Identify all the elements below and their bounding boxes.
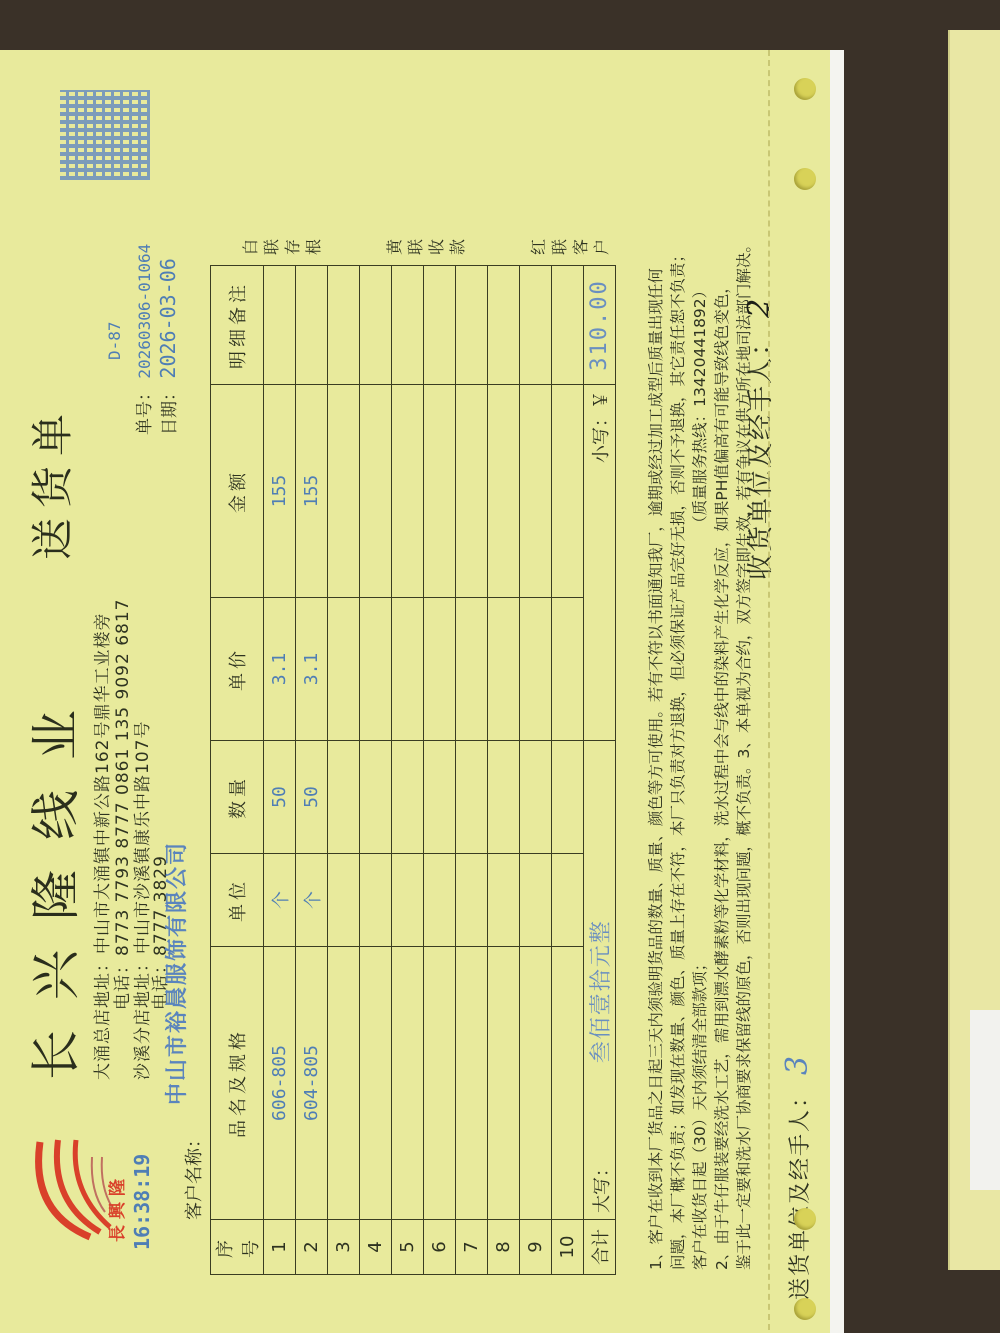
row-unit <box>360 854 392 947</box>
customer-company-stamp: 中山市裕晨服饰有限公司 <box>160 841 191 1105</box>
document-title: 送货单 <box>20 404 80 560</box>
row-amount <box>456 385 488 598</box>
row-name <box>520 947 552 1220</box>
logo-text: 長興隆 <box>103 1173 128 1242</box>
order-date: 日期： 2026-03-06 <box>155 258 180 435</box>
row-note <box>296 266 328 385</box>
copy-label-white: 白联存根 <box>240 237 324 255</box>
table-row: 7 <box>456 266 488 1275</box>
total-upper-value: 叁佰壹拾元整 <box>589 919 614 1063</box>
row-unit <box>392 854 424 947</box>
total-upper-cell: 大写： 叁佰壹拾元整 <box>584 741 616 1220</box>
total-label: 合计 <box>584 1220 616 1275</box>
col-header-no: 序号 <box>211 1220 264 1275</box>
feed-hole <box>794 78 816 100</box>
row-amount <box>328 385 360 598</box>
row-no: 3 <box>328 1220 360 1275</box>
copy-label-red: 红联客户 <box>528 237 612 255</box>
row-price <box>520 598 552 741</box>
table-row: 10 <box>552 266 584 1275</box>
row-unit: 个 <box>296 854 328 947</box>
delivery-note: 長興隆 16:38:19 长兴隆线业 送货单 大涌总店地址：中山市大涌镇中新公路… <box>0 50 830 1333</box>
row-note <box>520 266 552 385</box>
terms-line-1: 1、客户在收到本厂货品之日起三天内须验明货品的数量、质量、颜色等方可使用。若有不… <box>645 90 667 1270</box>
date-label: 日期： <box>160 384 180 435</box>
order-number-label: 单号： <box>135 384 155 435</box>
row-amount <box>360 385 392 598</box>
row-price: 3.1 <box>296 598 328 741</box>
row-price <box>392 598 424 741</box>
row-note <box>424 266 456 385</box>
row-note <box>488 266 520 385</box>
customer-name-label: 客户名称： <box>180 1130 206 1220</box>
row-no: 7 <box>456 1220 488 1275</box>
row-unit <box>456 854 488 947</box>
row-price <box>488 598 520 741</box>
quality-hotline: （质量服务热线：13420441892） <box>691 283 709 531</box>
row-qty <box>424 741 456 854</box>
items-table: 序号 品名及规格 单位 数量 单价 金额 明细备注 1 606-805 个 50… <box>210 265 616 1275</box>
row-qty <box>488 741 520 854</box>
row-note <box>328 266 360 385</box>
table-header-row: 序号 品名及规格 单位 数量 单价 金额 明细备注 <box>211 266 264 1275</box>
row-price <box>424 598 456 741</box>
row-price <box>328 598 360 741</box>
col-header-qty: 数量 <box>211 741 264 854</box>
copy-labels: 白联存根 黄联收款 红联客户 <box>240 225 672 255</box>
table-row: 2 604-805 个 50 3.1 155 <box>296 266 328 1275</box>
row-price: 3.1 <box>264 598 296 741</box>
print-time: 16:38:19 <box>130 1154 154 1250</box>
row-no: 5 <box>392 1220 424 1275</box>
col-header-note: 明细备注 <box>211 266 264 385</box>
row-price <box>552 598 584 741</box>
row-unit <box>424 854 456 947</box>
table-row: 3 <box>328 266 360 1275</box>
row-note <box>264 266 296 385</box>
row-no: 4 <box>360 1220 392 1275</box>
row-amount: 155 <box>296 385 328 598</box>
row-name <box>424 947 456 1220</box>
row-unit <box>520 854 552 947</box>
total-lower-value: 310.00 <box>587 279 612 370</box>
col-header-price: 单价 <box>211 598 264 741</box>
col-header-unit: 单位 <box>211 854 264 947</box>
row-amount <box>424 385 456 598</box>
table-row: 4 <box>360 266 392 1275</box>
row-amount: 155 <box>264 385 296 598</box>
feed-hole <box>794 1208 816 1230</box>
total-lower-value-cell: 310.00 <box>584 266 616 385</box>
row-qty <box>552 741 584 854</box>
total-lower-cell: 小写：￥ <box>584 385 616 741</box>
row-note <box>552 266 584 385</box>
row-no: 8 <box>488 1220 520 1275</box>
row-qty: 50 <box>296 741 328 854</box>
row-name <box>456 947 488 1220</box>
tractor-feed-strip <box>768 50 830 1333</box>
row-price <box>360 598 392 741</box>
row-price <box>456 598 488 741</box>
row-name <box>488 947 520 1220</box>
terms-line-2: 问题，本厂概不负责；如发现在数量、颜色、质量上存在不符，本厂只负责对方退换，但必… <box>667 90 689 1270</box>
row-qty: 50 <box>264 741 296 854</box>
terms-line-4: 2、由于牛仔服装要经洗水工艺，需用到漂水酵素粉等化学材料，洗水过程中会与线中的染… <box>711 90 733 1270</box>
row-qty <box>328 741 360 854</box>
row-unit <box>328 854 360 947</box>
background-paper-stack <box>948 30 1000 1270</box>
row-name: 604-805 <box>296 947 328 1220</box>
table-row: 6 <box>424 266 456 1275</box>
row-name <box>552 947 584 1220</box>
copy-label-yellow: 黄联收款 <box>384 237 468 255</box>
qr-code-icon <box>60 90 150 180</box>
row-no: 2 <box>296 1220 328 1275</box>
table-row: 5 <box>392 266 424 1275</box>
row-note <box>360 266 392 385</box>
table-row: 8 <box>488 266 520 1275</box>
row-no: 10 <box>552 1220 584 1275</box>
order-number: 单号： 20260306-01064 <box>130 244 155 435</box>
row-qty <box>520 741 552 854</box>
background-white-sheet <box>970 1010 1000 1190</box>
terms-line-5: 鉴于此一定要和洗水厂协商要求保留线的原色，否则出现问题，概不负责。3、本单视为合… <box>733 90 755 1270</box>
total-row: 合计 大写： 叁佰壹拾元整 小写：￥ 310.00 <box>584 266 616 1275</box>
row-no: 9 <box>520 1220 552 1275</box>
feed-hole <box>794 1298 816 1320</box>
row-qty <box>456 741 488 854</box>
col-header-name: 品名及规格 <box>211 947 264 1220</box>
row-name: 606-805 <box>264 947 296 1220</box>
row-unit <box>552 854 584 947</box>
date-value: 2026-03-06 <box>156 258 180 378</box>
row-amount <box>392 385 424 598</box>
total-upper-label: 大写： <box>592 1159 613 1213</box>
row-unit: 个 <box>264 854 296 947</box>
row-amount <box>488 385 520 598</box>
company-name: 长兴隆线业 <box>16 680 88 1080</box>
row-note <box>392 266 424 385</box>
feed-hole <box>794 168 816 190</box>
row-amount <box>552 385 584 598</box>
carbon-copy-edge <box>830 50 844 1333</box>
row-name <box>328 947 360 1220</box>
row-no: 6 <box>424 1220 456 1275</box>
row-name <box>392 947 424 1220</box>
row-unit <box>488 854 520 947</box>
order-number-value: 20260306-01064 <box>135 244 154 379</box>
row-note <box>456 266 488 385</box>
row-amount <box>520 385 552 598</box>
row-qty <box>392 741 424 854</box>
terms-line-3: 客户在收货日起（30）天内须结清全部款项； （质量服务热线：1342044189… <box>689 90 711 1270</box>
table-row: 1 606-805 个 50 3.1 155 <box>264 266 296 1275</box>
row-name <box>360 947 392 1220</box>
terms-text: 1、客户在收到本厂货品之日起三天内须验明货品的数量、质量、颜色等方可使用。若有不… <box>645 90 755 1270</box>
order-code: D-87 <box>105 321 124 360</box>
table-row: 9 <box>520 266 552 1275</box>
col-header-amount: 金额 <box>211 385 264 598</box>
row-no: 1 <box>264 1220 296 1275</box>
total-lower-label: 小写：￥ <box>591 391 612 463</box>
row-qty <box>360 741 392 854</box>
